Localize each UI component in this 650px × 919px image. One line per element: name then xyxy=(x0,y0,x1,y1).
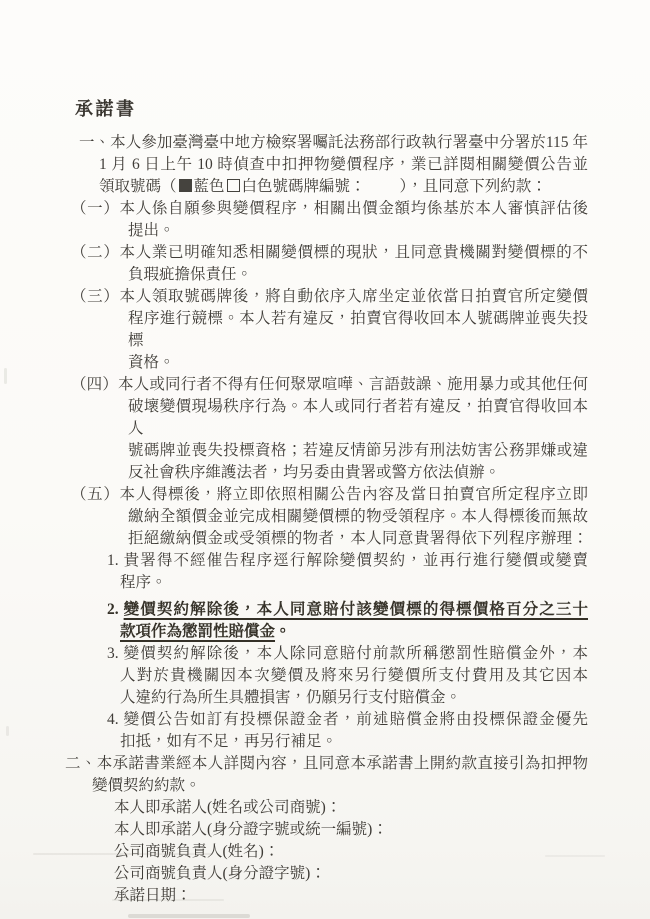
clause-4-line-1: （四）本人或同行者不得有任何聚眾喧嘩、言語鼓譟、施用暴力或其他任何 xyxy=(71,374,588,396)
item-4-line-1: 4. 變價公告如訂有投標保證金者，前述賠償金將由投標保證金優先 xyxy=(107,709,588,731)
section-2-line-1: 二、本承諾書業經本人詳閱內容，且同意本承諾書上開約款直接引為扣押物 xyxy=(65,753,588,775)
clause-1-line-2: 提出。 xyxy=(128,220,650,242)
clause-2-line-1: （二）本人業已明確知悉相關變價標的現狀，且同意貴機關對變價標的不 xyxy=(71,242,588,264)
company-rep-name-field: 公司商號負責人(姓名)： xyxy=(114,841,650,863)
item-1-line-2: 程序。 xyxy=(120,572,650,594)
white-label: 白色號碼牌編號： xyxy=(242,178,366,195)
clause-3-line-3: 資格。 xyxy=(128,352,650,374)
white-checkbox-empty-icon xyxy=(227,179,240,192)
scanned-document-page: 承諾書 一、本人參加臺灣臺中地方檢察署囑託法務部行政執行署臺中分署於115 年 … xyxy=(0,0,650,919)
agreement-text: ），且同意下列約款： xyxy=(400,178,547,195)
clause-5-line-3: 拒絕繳納價金或受領標的物者，本人同意貴署得依下列程序辦理： xyxy=(128,528,588,550)
clause-4-line-4: 反社會秩序維護法者，均另委由貴署或警方依法偵辦。 xyxy=(128,462,650,484)
clause-4-line-3: 號碼牌並喪失投標資格；若違反情節另涉有刑法妨害公務罪嫌或違 xyxy=(128,440,588,462)
blue-label: 藍色 xyxy=(194,178,225,195)
clause-3-line-2: 程序進行競標。本人若有違反，拍賣官得收回本人號碼牌並喪失投標 xyxy=(128,308,588,352)
item-3-line-2: 人對於貴機關因本次變價及將來另行變價所支付費用及其它因本 xyxy=(120,665,588,687)
item-3-line-3: 人違約行為所生具體損害，仍願另行支付賠償金。 xyxy=(120,687,650,709)
item-2-marker: 2. xyxy=(107,601,119,618)
section-1-line-3: 領取號碼（藍色白色號碼牌編號：），且同意下列約款： xyxy=(99,176,650,198)
commitment-date-field: 承諾日期： xyxy=(114,885,650,907)
item-2-line-2: 款項作為懲罰性賠償金。 xyxy=(120,621,650,643)
item-2-underlined-text: 變價契約解除後，本人同意賠付該變價標的得標價格百分之三十 xyxy=(124,601,588,618)
section-1-line-2: 1 月 6 日上午 10 時偵查中扣押物變價程序，業已詳閱相關變價公告並 xyxy=(99,154,588,176)
signature-id-field: 本人即承諾人(身分證字號或統一編號)： xyxy=(114,819,650,841)
item-1-line-1: 1. 貴署得不經催告程序逕行解除變價契約，並再行進行變價或變賣 xyxy=(107,550,588,572)
clause-5-line-1: （五）本人得標後，將立即依照相關公告內容及當日拍賣官所定程序立即 xyxy=(71,484,588,506)
blue-checkbox-filled-icon xyxy=(179,179,192,192)
document-content: 承諾書 一、本人參加臺灣臺中地方檢察署囑託法務部行政執行署臺中分署於115 年 … xyxy=(0,0,650,907)
section-2-line-2: 變價契約約款。 xyxy=(92,775,650,797)
signature-name-field: 本人即承諾人(姓名或公司商號)： xyxy=(114,797,650,819)
document-body: 一、本人參加臺灣臺中地方檢察署囑託法務部行政執行署臺中分署於115 年 1 月 … xyxy=(0,132,650,907)
clause-5-line-2: 繳納全額價金並完成相關變價標的物受領程序。本人得標後而無故 xyxy=(128,506,588,528)
item-2-underlined-text-2: 款項作為懲罰性賠償金 xyxy=(120,623,275,640)
item-3-line-1: 3. 變價契約解除後，本人除同意賠付前款所稱懲罰性賠償金外，本 xyxy=(107,643,588,665)
clause-3-line-1: （三）本人領取號碼牌後，將自動依序入席坐定並依當日拍賣官所定變價 xyxy=(71,286,588,308)
section-1-line-1: 一、本人參加臺灣臺中地方檢察署囑託法務部行政執行署臺中分署於115 年 xyxy=(79,132,588,154)
number-pickup-text: 領取號碼（ xyxy=(99,178,177,195)
item-4-line-2: 扣抵，如有不足，再另行補足。 xyxy=(120,731,650,753)
item-2-period: 。 xyxy=(275,623,291,640)
clause-4-line-2: 破壞變價現場秩序行為。本人或同行者若有違反，拍賣官得收回本人 xyxy=(128,396,588,440)
clause-1-line-1: （一）本人係自願參與變價程序，相關出價金額均係基於本人審慎評估後 xyxy=(71,198,588,220)
document-title: 承諾書 xyxy=(75,97,650,121)
clause-2-line-2: 負瑕疵擔保責任。 xyxy=(128,264,650,286)
company-rep-id-field: 公司商號負責人(身分證字號)： xyxy=(114,863,650,885)
scan-smudge xyxy=(128,914,250,918)
item-2-line-1: 2. 變價契約解除後，本人同意賠付該變價標的得標價格百分之三十 xyxy=(107,599,588,621)
